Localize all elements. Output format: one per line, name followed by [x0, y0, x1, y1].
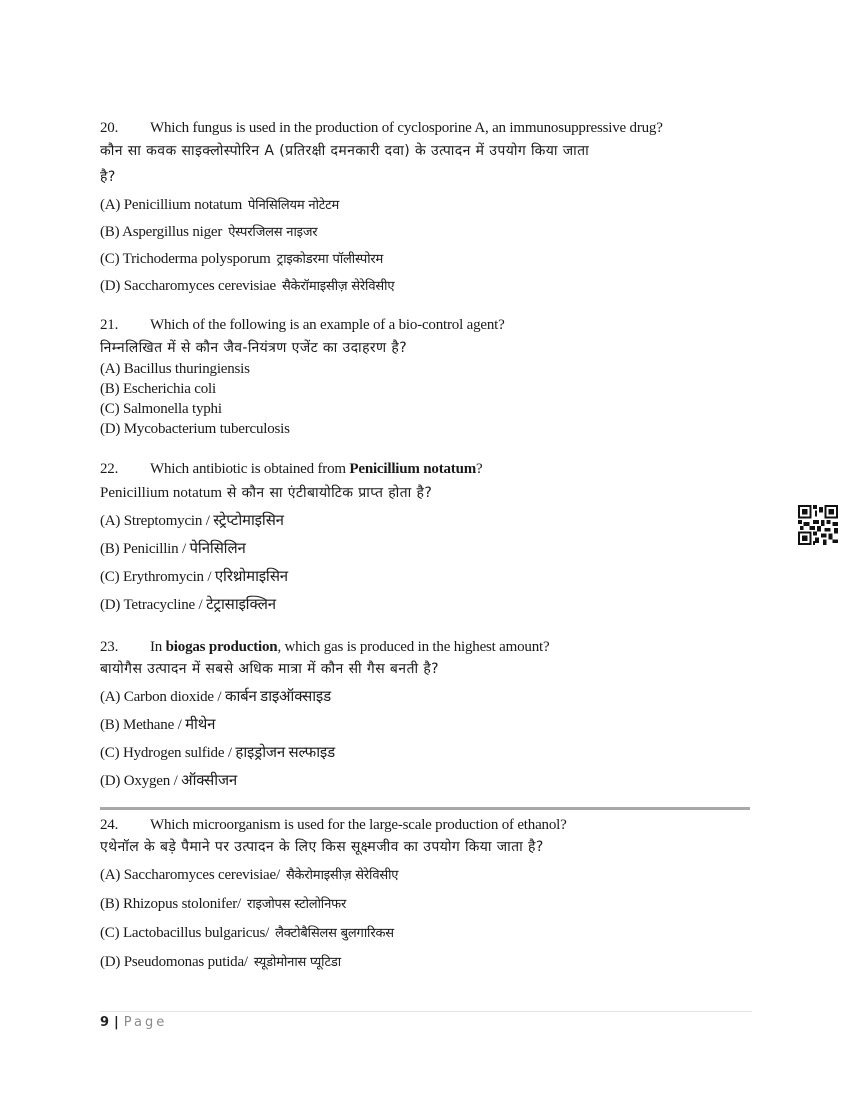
question-text-hi-cont: है? [100, 167, 750, 187]
option-c: (C) Salmonella typhi [100, 399, 750, 419]
question-21: 21.Which of the following is an example … [100, 315, 750, 439]
option-a: (A) Penicillium notatumपेनिसिलियम नोटेटम [100, 195, 750, 216]
option-a: (A) Bacillus thuringiensis [100, 359, 750, 379]
option-a: (A) Streptomycin / स्ट्रेप्टोमाइसिन [100, 511, 750, 531]
qr-code-icon[interactable] [798, 505, 838, 545]
option-a: (A) Carbon dioxide / कार्बन डाइऑक्साइड [100, 687, 750, 707]
option-c: (C) Lactobacillus bulgaricus/लैक्टोबैसिल… [100, 923, 750, 944]
page-footer: 9|Page [100, 1015, 167, 1030]
option-d: (D) Tetracycline / टेट्रासाइक्लिन [100, 595, 750, 615]
question-20: 20.Which fungus is used in the productio… [100, 118, 750, 297]
option-c: (C) Erythromycin / एरिथ्रोमाइसिन [100, 567, 750, 587]
question-text-en: 21.Which of the following is an example … [100, 315, 750, 335]
question-text-hi: Penicillium notatum से कौन सा एंटीबायोटि… [100, 483, 750, 503]
option-a: (A) Saccharomyces cerevisiae/सैकेरोमाइसी… [100, 865, 750, 886]
document-page: 20.Which fungus is used in the productio… [0, 0, 850, 1100]
page-number: 9 [100, 1015, 109, 1030]
option-d: (D) Saccharomyces cerevisiaeसैकेरॉमाइसीज… [100, 276, 750, 297]
question-24: 24.Which microorganism is used for the l… [100, 815, 750, 973]
question-23: 23.In biogas production, which gas is pr… [100, 637, 750, 791]
footer-divider [100, 1011, 752, 1012]
option-b: (B) Escherichia coli [100, 379, 750, 399]
page-label: Page [124, 1015, 167, 1030]
question-text-hi: कौन सा कवक साइक्लोस्पोरिन A (प्रतिरक्षी … [100, 141, 750, 161]
question-text-en: 20.Which fungus is used in the productio… [100, 118, 750, 138]
section-divider [100, 807, 750, 810]
question-text-hi: बायोगैस उत्पादन में सबसे अधिक मात्रा में… [100, 659, 750, 679]
option-d: (D) Pseudomonas putida/स्यूडोमोनास प्यूट… [100, 952, 750, 973]
option-c: (C) Trichoderma polysporumट्राइकोडरमा पॉ… [100, 249, 750, 270]
option-b: (B) Penicillin / पेनिसिलिन [100, 539, 750, 559]
question-text-en: 24.Which microorganism is used for the l… [100, 815, 750, 835]
option-b: (B) Aspergillus nigerऐस्परजिलस नाइजर [100, 222, 750, 243]
option-d: (D) Mycobacterium tuberculosis [100, 419, 750, 439]
question-22: 22.Which antibiotic is obtained from Pen… [100, 459, 750, 615]
question-text-hi: एथेनॉल के बड़े पैमाने पर उत्पादन के लिए … [100, 837, 750, 857]
question-text-en: 23.In biogas production, which gas is pr… [100, 637, 750, 657]
option-b: (B) Methane / मीथेन [100, 715, 750, 735]
option-b: (B) Rhizopus stolonifer/राइजोपस स्टोलोनि… [100, 894, 750, 915]
option-c: (C) Hydrogen sulfide / हाइड्रोजन सल्फाइड [100, 743, 750, 763]
question-text-hi: निम्नलिखित में से कौन जैव-नियंत्रण एजेंट… [100, 338, 750, 358]
footer-separator: | [114, 1015, 119, 1030]
option-d: (D) Oxygen / ऑक्सीजन [100, 771, 750, 791]
question-text-en: 22.Which antibiotic is obtained from Pen… [100, 459, 750, 479]
